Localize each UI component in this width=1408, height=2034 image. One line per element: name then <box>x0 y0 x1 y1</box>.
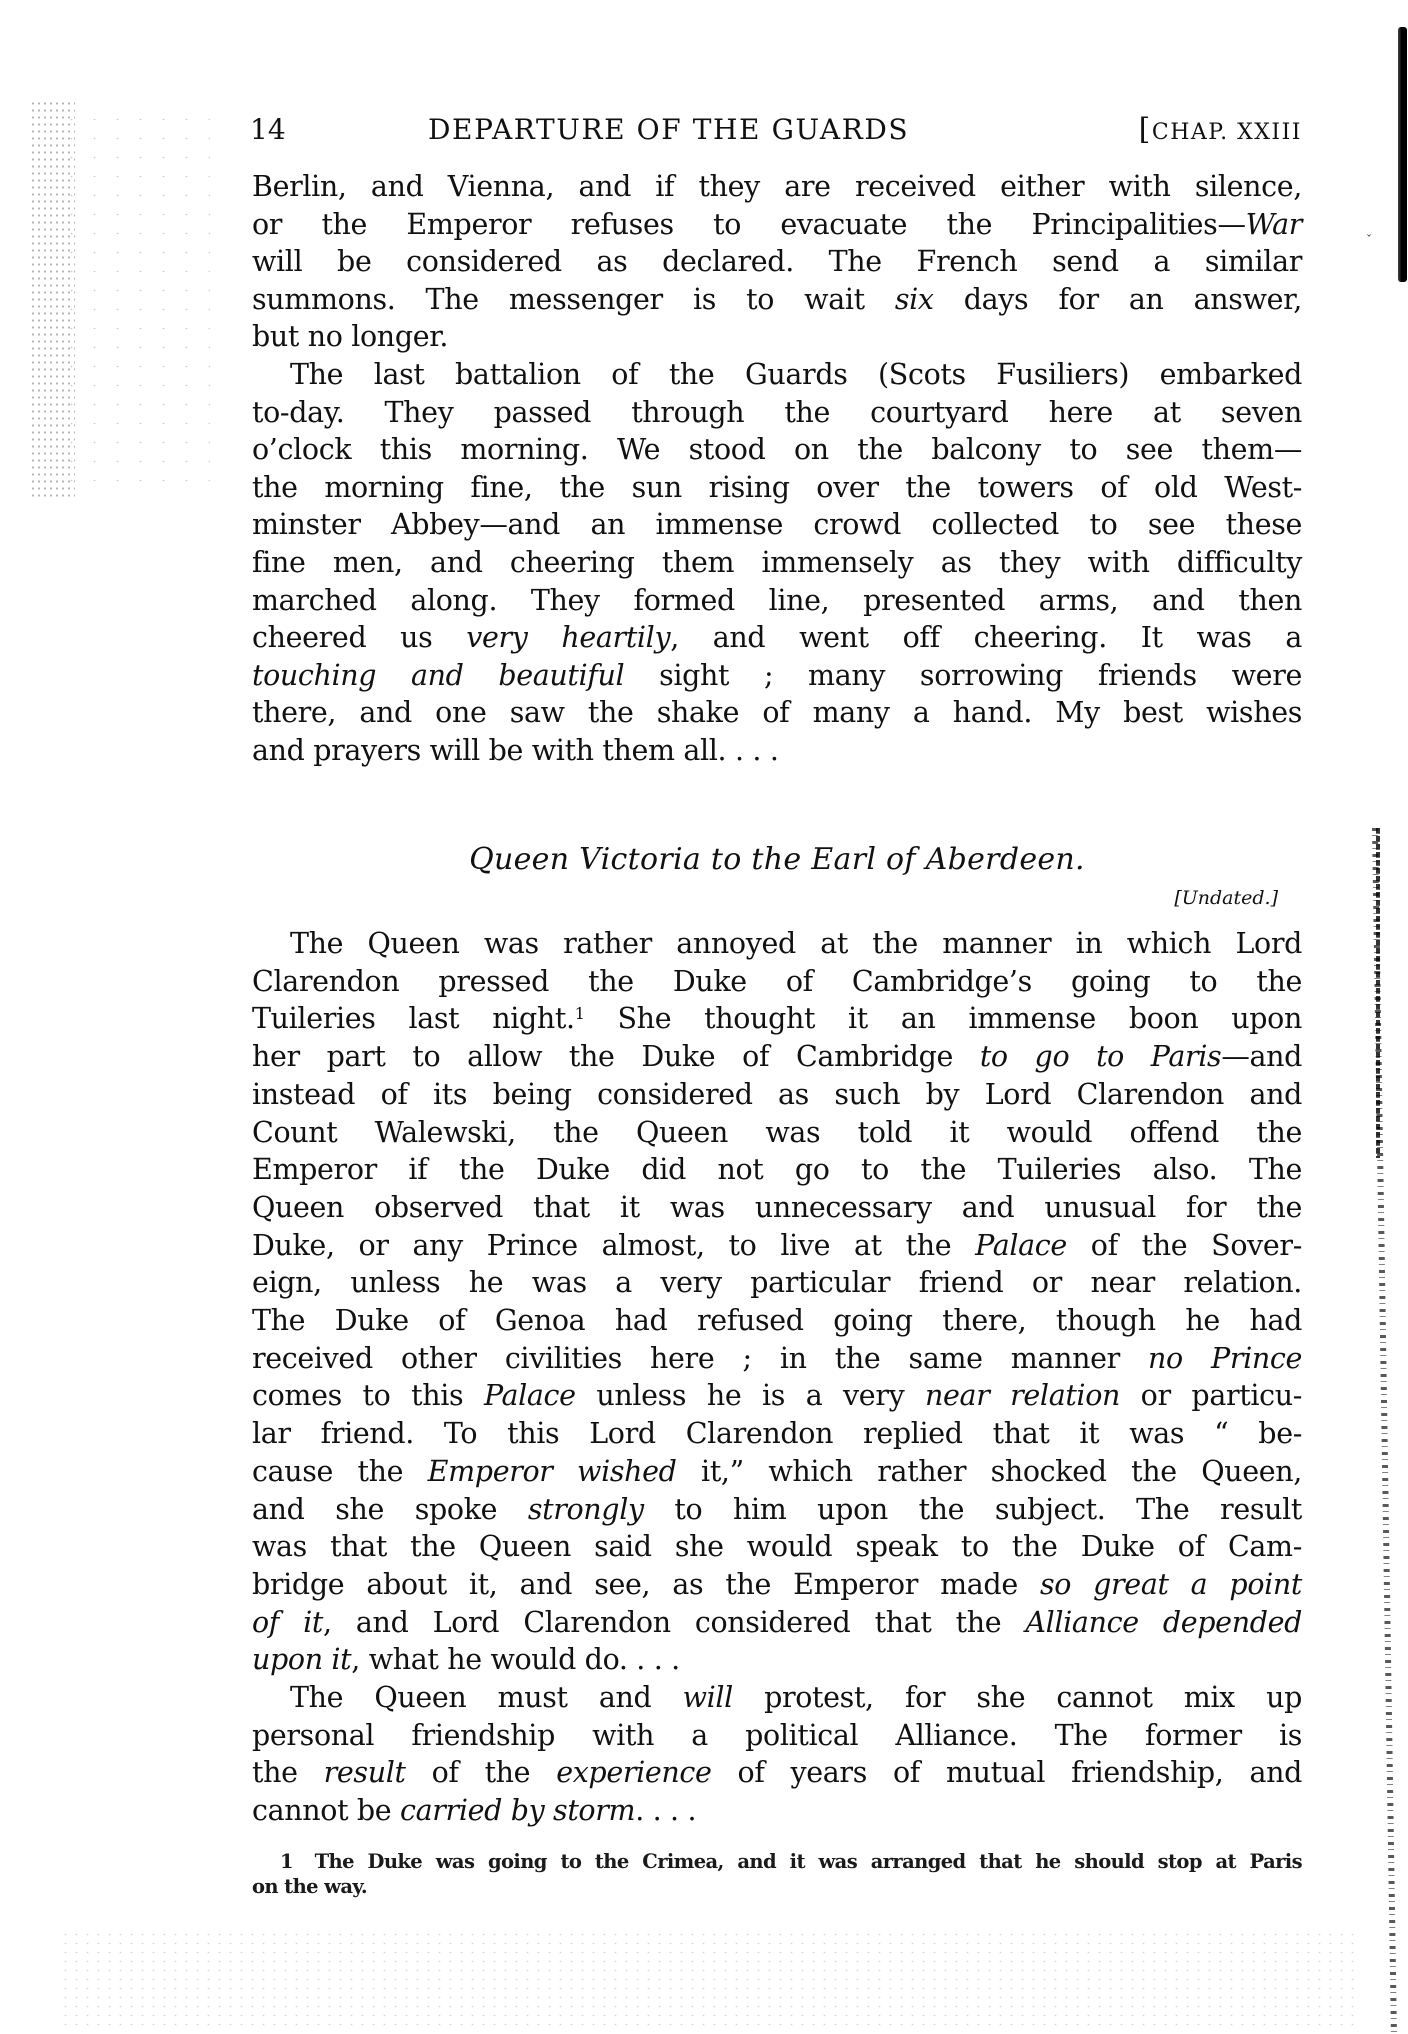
text-run: protest, for she cannot mix up <box>733 1681 1302 1714</box>
footnote-text: on the way. <box>252 1875 367 1898</box>
scan-edge-shadow-dark <box>1376 828 1380 1158</box>
italic-run: near relation <box>925 1379 1120 1412</box>
text-run: of the <box>406 1756 557 1789</box>
italic-run: carried by storm <box>400 1794 635 1827</box>
italic-run: six <box>895 283 934 316</box>
text-line: upon it, what he would do. . . . <box>252 1641 1302 1679</box>
italic-run: War <box>1246 208 1302 241</box>
text-run: the <box>252 1756 324 1789</box>
text-line: but no longer. <box>252 318 1302 356</box>
text-run: Emperor if the Duke did not go to the Tu… <box>252 1153 1302 1186</box>
text-run: sight ; many sorrowing friends were <box>624 659 1302 692</box>
text-line: The Duke of Genoa had refused going ther… <box>252 1302 1302 1340</box>
text-run: marched along. They formed line, present… <box>252 584 1302 617</box>
text-run: lar friend. To this Lord Clarendon repli… <box>252 1417 1302 1450</box>
text-run: , and went off cheering. It was a <box>670 621 1302 654</box>
italic-run: experience <box>556 1756 711 1789</box>
scan-speckle-bottom <box>60 1930 1360 2030</box>
footnote-line: on the way. <box>252 1875 1302 1899</box>
chapter-bracket: [ <box>1139 112 1152 147</box>
running-title: DEPARTURE OF THE GUARDS <box>428 112 909 148</box>
text-run: the morning fine, the sun rising over th… <box>252 471 1302 504</box>
text-run: of years of mutual friendship, and <box>712 1756 1302 1789</box>
text-run: Duke, or any Prince almost, to live at t… <box>252 1229 975 1262</box>
text-line: fine men, and cheering them immensely as… <box>252 544 1302 582</box>
text-line: and she spoke strongly to him upon the s… <box>252 1491 1302 1529</box>
footnote-line: 1 The Duke was going to the Crimea, and … <box>252 1850 1302 1874</box>
text-line: comes to this Palace unless he is a very… <box>252 1377 1302 1415</box>
text-line: minster Abbey—and an immense crowd colle… <box>252 506 1302 544</box>
text-line: there, and one saw the shake of many a h… <box>252 694 1302 732</box>
text-run: or particu- <box>1120 1379 1302 1412</box>
text-line: lar friend. To this Lord Clarendon repli… <box>252 1415 1302 1453</box>
text-run: received other civilities here ; in the … <box>252 1342 1148 1375</box>
running-head: 14 DEPARTURE OF THE GUARDS [CHAP. XXIII <box>250 112 1302 148</box>
text-run: to-day. They passed through the courtyar… <box>252 396 1302 429</box>
text-run: but no longer. <box>252 320 448 353</box>
scan-speckle-left-sparse <box>60 110 210 490</box>
text-line: cannot be carried by storm. . . . <box>252 1792 1302 1830</box>
text-run: summons. The messenger is to wait <box>252 283 895 316</box>
text-run: her part to allow the Duke of Cambridge <box>252 1040 980 1073</box>
text-line: Queen observed that it was unnecessary a… <box>252 1189 1302 1227</box>
text-run: o’clock this morning. We stood on the ba… <box>252 433 1302 466</box>
text-line: The last battalion of the Guards (Scots … <box>252 356 1302 394</box>
italic-run: to go to Paris <box>980 1040 1222 1073</box>
text-line: and prayers will be with them all. . . . <box>252 732 1302 770</box>
text-line: touching and beautiful sight ; many sorr… <box>252 657 1302 695</box>
text-run: The Queen was rather annoyed at the mann… <box>290 927 1302 960</box>
text-run: cannot be <box>252 1794 400 1827</box>
text-line: eign, unless he was a very particular fr… <box>252 1264 1302 1302</box>
text-line: will be considered as declared. The Fren… <box>252 243 1302 281</box>
text-line: of it, and Lord Clarendon considered tha… <box>252 1604 1302 1642</box>
text-run: it,” which rather shocked the Queen, <box>677 1455 1302 1488</box>
text-run: eign, unless he was a very particular fr… <box>252 1266 1302 1299</box>
text-line: Duke, or any Prince almost, to live at t… <box>252 1227 1302 1265</box>
text-run: minster Abbey—and an immense crowd colle… <box>252 508 1302 541</box>
text-line: Berlin, and Vienna, and if they are rece… <box>252 168 1302 206</box>
text-line: Tuileries last night.1 She thought it an… <box>252 1000 1302 1038</box>
text-run: there, and one saw the shake of many a h… <box>252 696 1302 729</box>
text-run: and she spoke <box>252 1493 528 1526</box>
text-run: The Queen must and <box>290 1681 683 1714</box>
italic-run: result <box>324 1756 406 1789</box>
footnote-marker: 1 <box>280 1850 307 1873</box>
text-run: cause the <box>252 1455 428 1488</box>
text-run: or the Emperor refuses to evacuate the P… <box>252 208 1246 241</box>
text-line: Emperor if the Duke did not go to the Tu… <box>252 1151 1302 1189</box>
text-run: fine men, and cheering them immensely as… <box>252 546 1302 579</box>
text-run: days for an answer, <box>934 283 1302 316</box>
text-run: , what he would do. . . . <box>351 1643 680 1676</box>
text-line: was that the Queen said she would speak … <box>252 1528 1302 1566</box>
text-run: . . . . <box>635 1794 696 1827</box>
italic-run: will <box>683 1681 733 1714</box>
text-run: will be considered as declared. The Fren… <box>252 245 1302 278</box>
text-line: bridge about it, and see, as the Emperor… <box>252 1566 1302 1604</box>
page-number: 14 <box>250 112 286 148</box>
letter-dateline: [Undated.] <box>1150 884 1278 912</box>
text-run: Tuileries last night. <box>252 1002 575 1035</box>
text-run: instead of its being considered as such … <box>252 1078 1302 1111</box>
text-line: or the Emperor refuses to evacuate the P… <box>252 206 1302 244</box>
text-run: Clarendon pressed the Duke of Cambridge’… <box>252 965 1302 998</box>
footnote-text: The Duke was going to the Crimea, and it… <box>315 1850 1302 1873</box>
text-run: of the Sover- <box>1067 1229 1302 1262</box>
text-run: The last battalion of the Guards (Scots … <box>290 358 1302 391</box>
text-run: She thought it an immense boon upon <box>585 1002 1302 1035</box>
text-run: Queen observed that it was unnecessary a… <box>252 1191 1302 1224</box>
text-run: —and <box>1221 1040 1302 1073</box>
italic-run: strongly <box>528 1493 644 1526</box>
text-run: and prayers will be with them all. . . . <box>252 734 779 767</box>
text-run: was that the Queen said she would speak … <box>252 1530 1302 1563</box>
text-line: her part to allow the Duke of Cambridge … <box>252 1038 1302 1076</box>
letter-heading: Queen Victoria to the Earl of Aberdeen. <box>252 840 1302 880</box>
text-run: Berlin, and Vienna, and if they are rece… <box>252 170 1302 203</box>
italic-run: Palace <box>484 1379 576 1412</box>
chapter-number: CHAP. XXIII <box>1152 120 1302 145</box>
text-line: instead of its being considered as such … <box>252 1076 1302 1114</box>
italic-run: upon it <box>252 1643 351 1676</box>
italic-run: so great a point <box>1040 1568 1302 1601</box>
text-line: marched along. They formed line, present… <box>252 582 1302 620</box>
text-run: comes to this <box>252 1379 484 1412</box>
text-line: Clarendon pressed the Duke of Cambridge’… <box>252 963 1302 1001</box>
text-run: to him upon the subject. The result <box>644 1493 1302 1526</box>
text-line: cheered us very heartily, and went off c… <box>252 619 1302 657</box>
italic-run: Alliance depended <box>1025 1606 1302 1639</box>
text-line: cause the Emperor wished it,” which rath… <box>252 1453 1302 1491</box>
scan-edge-shadow-top <box>1398 27 1407 282</box>
text-run: Count Walewski, the Queen was told it wo… <box>252 1116 1302 1149</box>
text-line: the morning fine, the sun rising over th… <box>252 469 1302 507</box>
text-line: the result of the experience of years of… <box>252 1754 1302 1792</box>
text-line: The Queen was rather annoyed at the mann… <box>252 925 1302 963</box>
italic-run: of it <box>252 1606 323 1639</box>
italic-run: very heartily <box>466 621 670 654</box>
text-line: Count Walewski, the Queen was told it wo… <box>252 1114 1302 1152</box>
text-run: bridge about it, and see, as the Emperor… <box>252 1568 1040 1601</box>
text-run: cheered us <box>252 621 466 654</box>
italic-run: touching and beautiful <box>252 659 624 692</box>
italic-run: no Prince <box>1148 1342 1302 1375</box>
text-line: summons. The messenger is to wait six da… <box>252 281 1302 319</box>
chapter-label: [CHAP. XXIII <box>1139 112 1302 151</box>
text-line: to-day. They passed through the courtyar… <box>252 394 1302 432</box>
italic-run: Palace <box>975 1229 1067 1262</box>
text-line: received other civilities here ; in the … <box>252 1340 1302 1378</box>
book-page: ˇ 14 DEPARTURE OF THE GUARDS [CHAP. XXII… <box>0 0 1408 2034</box>
text-run: personal friendship with a political All… <box>252 1719 1302 1752</box>
text-line: o’clock this morning. We stood on the ba… <box>252 431 1302 469</box>
scan-tick-mark: ˇ <box>1366 234 1372 246</box>
text-run: The Duke of Genoa had refused going ther… <box>252 1304 1302 1337</box>
footnote-ref: 1 <box>575 1004 585 1023</box>
text-line: The Queen must and will protest, for she… <box>252 1679 1302 1717</box>
text-line: personal friendship with a political All… <box>252 1717 1302 1755</box>
text-run: , and Lord Clarendon considered that the <box>323 1606 1025 1639</box>
italic-run: Emperor wished <box>428 1455 677 1488</box>
text-run: unless he is a very <box>576 1379 925 1412</box>
